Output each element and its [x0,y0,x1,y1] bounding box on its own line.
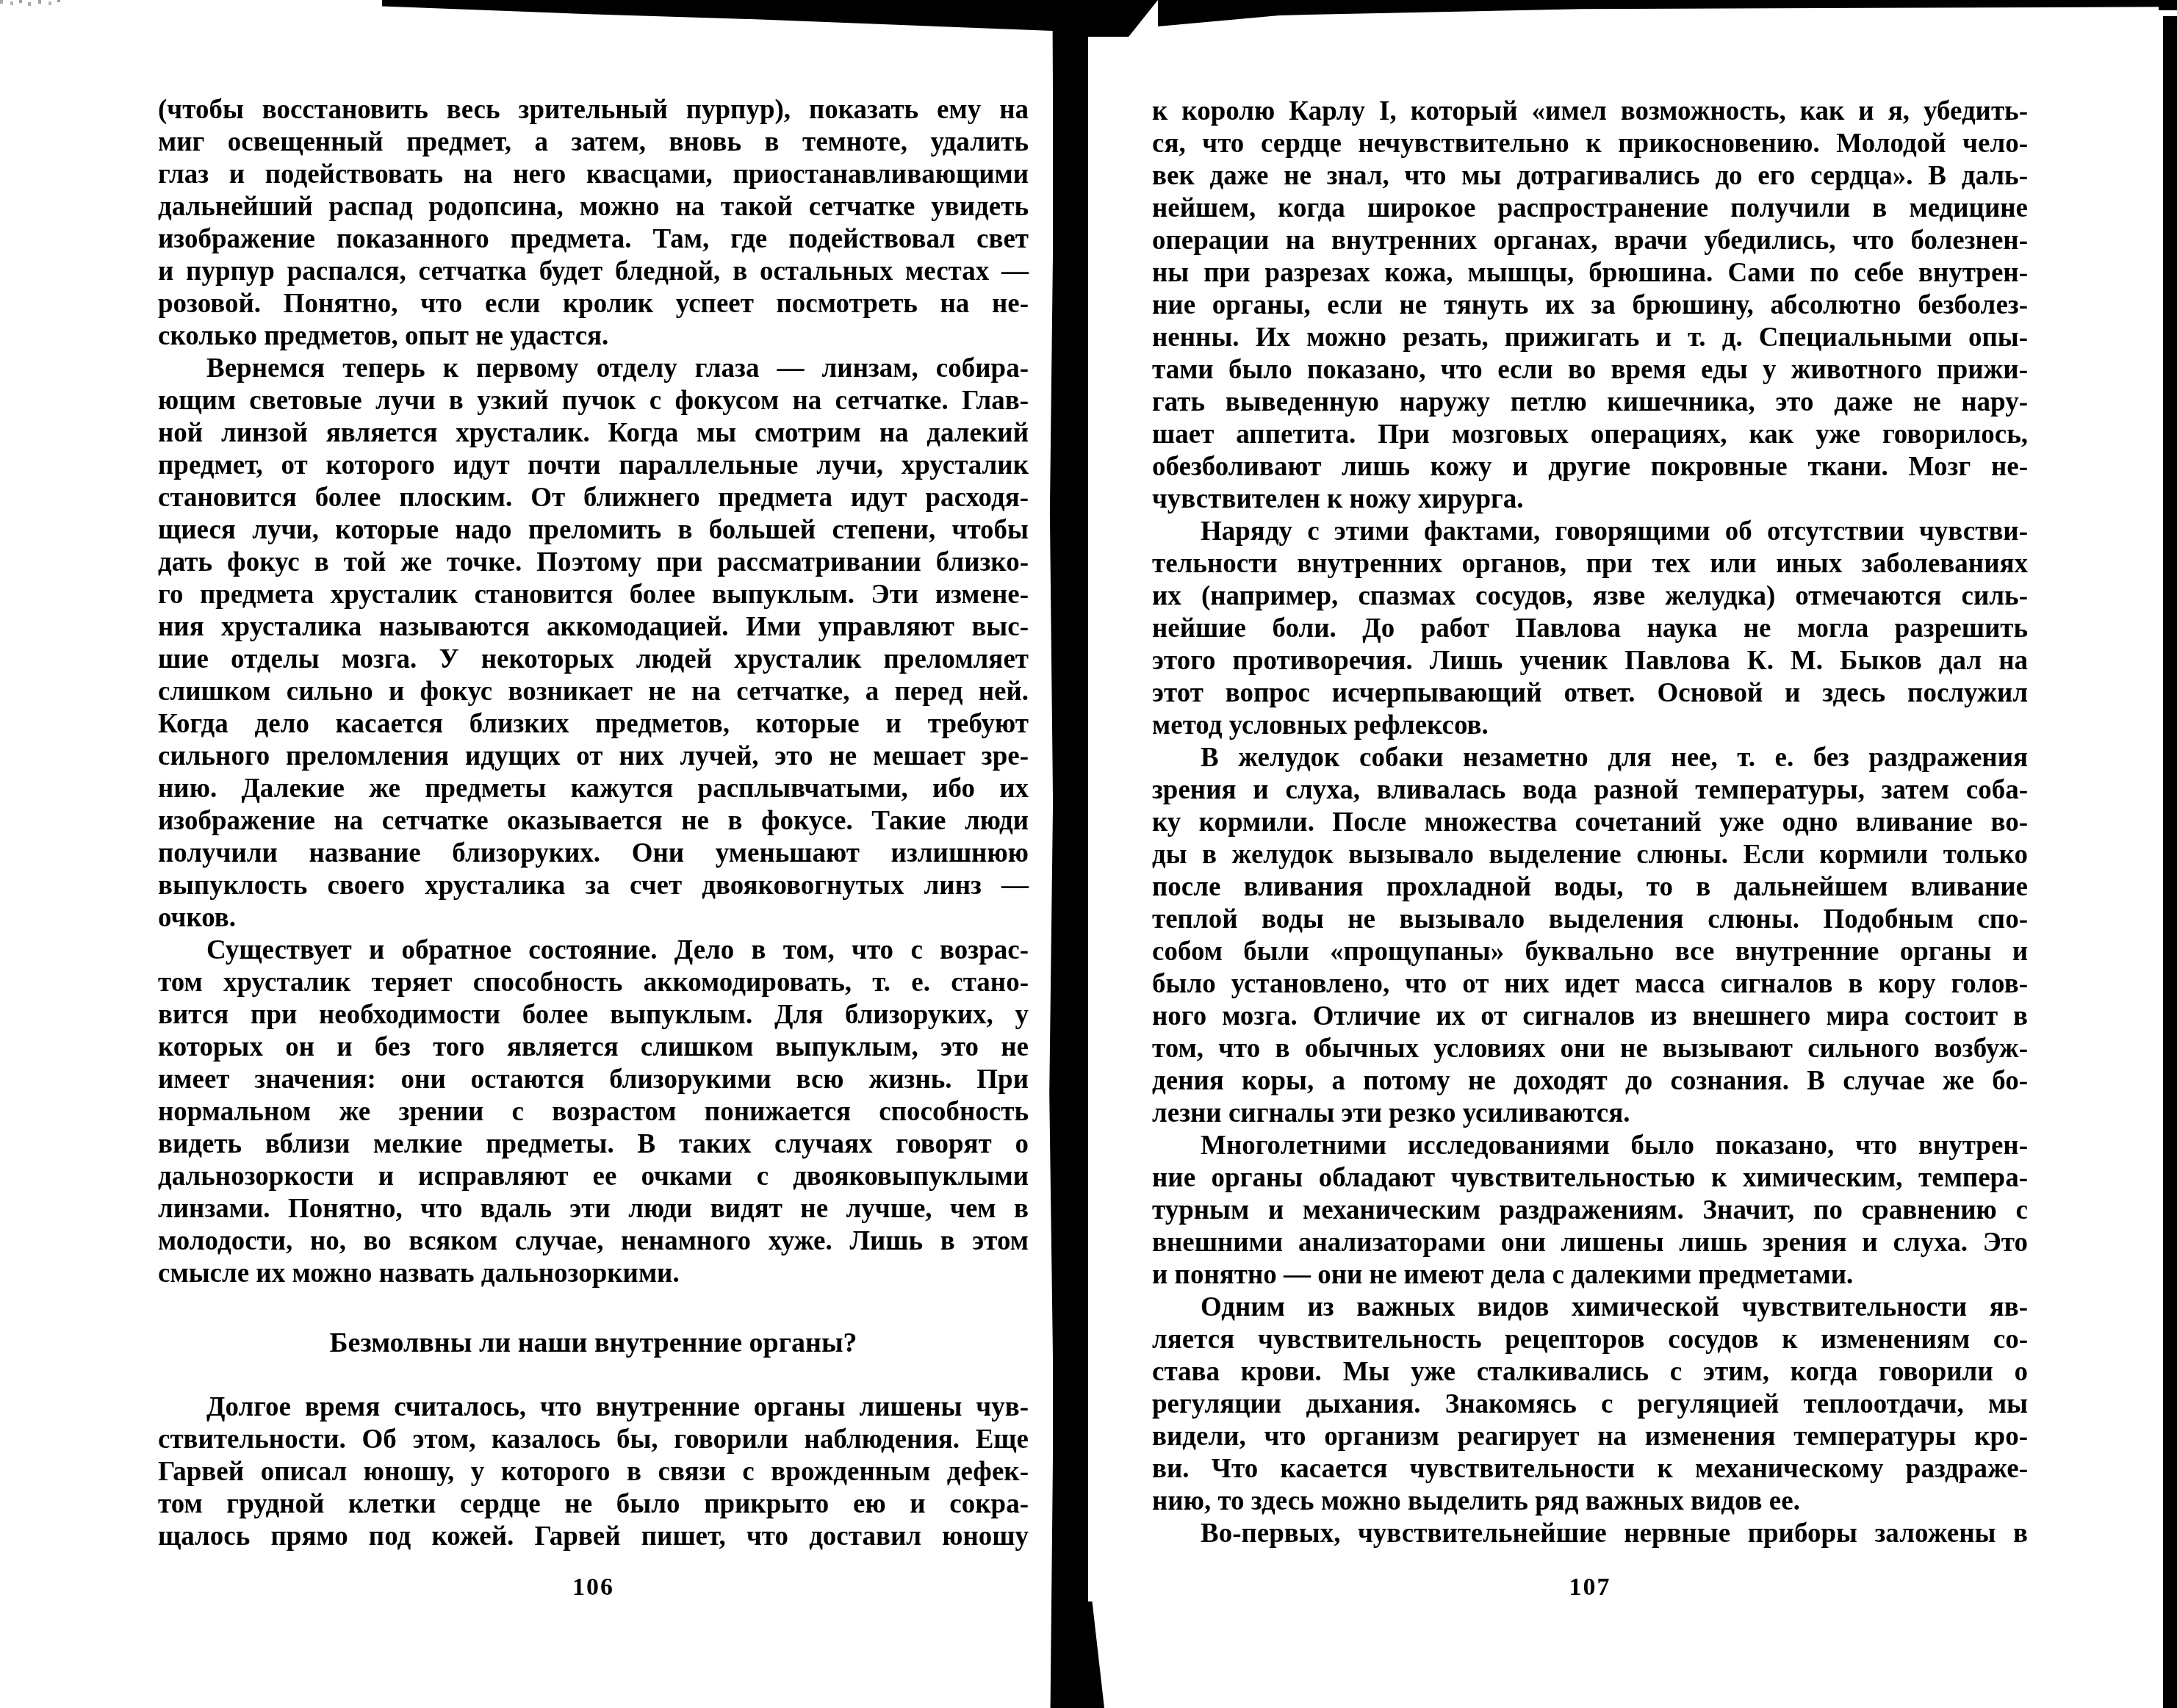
text-line: дальнейший распад родопсина, можно на та… [158,191,1029,223]
left-page-text: (чтобы восстановить весь зрительный пурп… [158,94,1029,1553]
text-line: става крови. Мы уже сталкивались с этим,… [1152,1356,2028,1388]
text-line: ющим световые лучи в узкий пучок с фокус… [158,385,1029,417]
text-line: зрения и слуха, вливалась вода разной те… [1152,774,2028,807]
text-line: сколько предметов, опыт не удастся. [158,320,1029,353]
text-line: розовой. Понятно, что если кролик успеет… [158,288,1029,320]
text-line: и понятно — они не имеют дела с далекими… [1152,1259,2028,1291]
text-line: и пурпур распался, сетчатка будет бледно… [158,256,1029,288]
text-line: ствительности. Об этом, казалось бы, гов… [158,1424,1029,1456]
text-line: вится при необходимости более выпуклым. … [158,999,1029,1031]
text-line: Многолетними исследованиями было показан… [1152,1130,2028,1162]
text-line: нию, то здесь можно выделить ряд важных … [1152,1485,2028,1518]
text-line: ние органы обладают чувствительностью к … [1152,1162,2028,1194]
section-heading: Безмолвны ли наши внутренние органы? [158,1327,1029,1359]
text-line: видели, что организм реагирует на измене… [1152,1421,2028,1453]
text-line: нейшем, когда широкое распространение по… [1152,192,2028,225]
text-line: (чтобы восстановить весь зрительный пурп… [158,94,1029,126]
text-line: ного мозга. Отличие их от сигналов из вн… [1152,1001,2028,1033]
text-line: том, что в обычных условиях они не вызыв… [1152,1033,2028,1065]
text-line: го предмета хрусталик становится более в… [158,579,1029,611]
text-line: Когда дело касается близких предметов, к… [158,708,1029,741]
text-line: глаз и подействовать на него квасцами, п… [158,159,1029,191]
text-line: ды в желудок вызывало выделение слюны. Е… [1152,839,2028,871]
text-line: изображение на сетчатке оказывается не в… [158,805,1029,837]
text-line: этого противоречия. Лишь ученик Павлова … [1152,645,2028,677]
text-line: внешними анализаторами они лишены лишь з… [1152,1227,2028,1259]
text-line: Вернемся теперь к первому отделу глаза —… [158,353,1029,385]
text-line: которых он и без того является слишком в… [158,1031,1029,1064]
text-line: становится более плоским. От ближнего пр… [158,482,1029,514]
right-page: к королю Карлу I, который «имел возможно… [1102,0,2177,1708]
text-line: предмет, от которого идут почти параллел… [158,450,1029,482]
text-line: линзами. Понятно, что вдаль эти люди вид… [158,1193,1029,1225]
text-line: Наряду с этими фактами, говорящими об от… [1152,516,2028,548]
text-line: ной линзой является хрусталик. Когда мы … [158,417,1029,450]
text-line: нормальном же зрении с возрастом понижае… [158,1096,1029,1128]
text-line: метод условных рефлексов. [1152,710,2028,742]
text-line: гать выведенную наружу петлю кишечника, … [1152,386,2028,419]
text-line: век даже не знал, что мы дотрагивались д… [1152,160,2028,192]
text-line: том грудной клетки сердце не было прикры… [158,1488,1029,1521]
text-line: Существует и обратное состояние. Дело в … [158,934,1029,967]
text-line: операции на внутренних органах, врачи уб… [1152,225,2028,257]
right-page-text: к королю Карлу I, который «имел возможно… [1152,96,2028,1550]
text-line: после вливания прохладной воды, то в дал… [1152,871,2028,904]
text-line: изображение показанного предмета. Там, г… [158,223,1029,256]
text-line: щалось прямо под кожей. Гарвей пишет, чт… [158,1521,1029,1553]
text-line: шает аппетита. При мозговых операциях, к… [1152,419,2028,451]
text-line: дения коры, а потому не доходят до созна… [1152,1065,2028,1098]
text-line: Во-первых, чувствительнейшие нервные при… [1152,1518,2028,1550]
text-line: Гарвей описал юношу, у которого в связи … [158,1456,1029,1488]
text-line: было установлено, что от них идет масса … [1152,968,2028,1001]
right-page-number: 107 [1152,1574,2028,1601]
text-line: сильного преломления идущих от них лучей… [158,741,1029,773]
text-line: имеет значения: они остаются близорукими… [158,1064,1029,1096]
text-line: Одним из важных видов химической чувстви… [1152,1291,2028,1324]
text-line: ку кормили. После множества сочетаний уж… [1152,807,2028,839]
text-line: том хрусталик теряет способность аккомод… [158,967,1029,999]
text-line: видеть вблизи мелкие предметы. В таких с… [158,1128,1029,1161]
text-line: теплой воды не вызывало выделения слюны.… [1152,904,2028,936]
left-page: (чтобы восстановить весь зрительный пурп… [0,0,1067,1708]
text-line: молодости, но, во всяком случае, ненамно… [158,1225,1029,1258]
text-line: ляется чувствительность рецепторов сосуд… [1152,1324,2028,1356]
text-line: ны при разрезах кожа, мышцы, брюшина. Са… [1152,257,2028,289]
left-page-number: 106 [158,1574,1029,1601]
text-line: регуляции дыхания. Знакомясь с регуляцие… [1152,1388,2028,1421]
text-line: слишком сильно и фокус возникает не на с… [158,676,1029,708]
text-line: нию. Далекие же предметы кажутся расплыв… [158,773,1029,805]
text-line: тами было показано, что если во время ед… [1152,354,2028,386]
book-gutter-shadow [1053,0,1088,1708]
text-line: дать фокус в той же точке. Поэтому при р… [158,547,1029,579]
right-edge-shadow [2163,16,2177,1708]
text-line: дальнозоркости и исправляют ее очками с … [158,1161,1029,1193]
text-line: щиеся лучи, которые надо преломить в бол… [158,514,1029,547]
text-line: к королю Карлу I, который «имел возможно… [1152,96,2028,128]
text-line: чувствителен к ножу хирурга. [1152,483,2028,516]
text-line: нейшие боли. До работ Павлова наука не м… [1152,613,2028,645]
text-line: шие отделы мозга. У некоторых людей хрус… [158,644,1029,676]
text-line: лезни сигналы эти резко усиливаются. [1152,1098,2028,1130]
text-line: ненны. Их можно резать, прижигать и т. д… [1152,322,2028,354]
text-line: выпуклость своего хрусталика за счет дво… [158,870,1029,902]
text-line: очков. [158,902,1029,934]
text-line: турным и механическим раздражениям. Знач… [1152,1194,2028,1227]
text-line: их (например, спазмах сосудов, язве желу… [1152,580,2028,613]
text-line: ся, что сердце нечувствительно к прикосн… [1152,128,2028,160]
text-line: собом были «прощупаны» буквально все вну… [1152,936,2028,968]
text-line: этот вопрос исчерпывающий ответ. Основой… [1152,677,2028,710]
text-line: смысле их можно назвать дальнозоркими. [158,1258,1029,1290]
text-line: ния хрусталика называются аккомодацией. … [158,611,1029,644]
text-line: тельности внутренних органов, при тех ил… [1152,548,2028,580]
text-line: ви. Что касается чувствительности к меха… [1152,1453,2028,1485]
text-line: миг освещенный предмет, а затем, вновь в… [158,126,1029,159]
right-edge-top-notch [2159,0,2177,10]
text-line: получили название близоруких. Они уменьш… [158,837,1029,870]
text-line: В желудок собаки незаметно для нее, т. е… [1152,742,2028,774]
text-line: Долгое время считалось, что внутренние о… [158,1391,1029,1424]
text-line: обезболивают лишь кожу и другие покровны… [1152,451,2028,483]
text-line: ние органы, если не тянуть их за брюшину… [1152,289,2028,322]
